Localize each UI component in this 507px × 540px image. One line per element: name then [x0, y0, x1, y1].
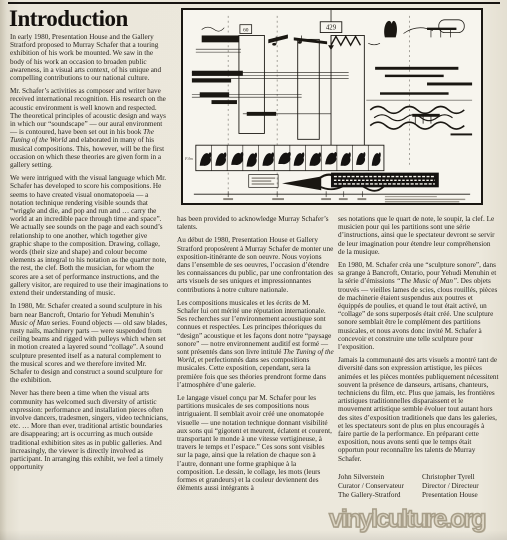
- paragraph-en-3: We were intrigued with the visual langua…: [10, 174, 169, 297]
- signature-block: John Silverstein Curator / Conservateur …: [338, 473, 499, 501]
- watermark: vinylculture.org: [329, 505, 485, 534]
- left-systems: [192, 71, 349, 116]
- paragraph-en-1: In early 1980, Presentation House and th…: [10, 33, 169, 82]
- signature-role: Curator / Conservateur: [338, 482, 422, 491]
- region-boxes: [239, 35, 364, 149]
- paragraph-en-4: In 1980, Mr. Schafer created a sound scu…: [10, 302, 169, 384]
- top-rule: [8, 2, 500, 4]
- paragraph-fr-4: ses notations que le quart de note, le s…: [338, 215, 499, 256]
- signature-org: Presentation House: [422, 491, 499, 500]
- page-title: Introduction: [9, 6, 128, 32]
- signature-curator: John Silverstein Curator / Conservateur …: [338, 473, 422, 501]
- paragraph-fr-6: Jamais la communauté des arts visuels a …: [338, 356, 499, 463]
- film-strip: Film: [184, 145, 384, 170]
- marker-number: 429: [326, 25, 337, 32]
- paragraph-fr-1: Au début de 1980, Presentation House et …: [177, 236, 334, 293]
- column-right: ses notations que le quart de note, le s…: [338, 215, 499, 501]
- score-drawing: 429 60: [183, 10, 481, 203]
- signature-name: John Silverstein: [338, 473, 422, 482]
- column-english: In early 1980, Presentation House and th…: [10, 33, 169, 476]
- graphic-score-figure: 429 60: [181, 8, 483, 205]
- film-label: Film: [184, 156, 193, 161]
- timeline: [194, 191, 470, 202]
- signature-role: Director / Directeur: [422, 482, 499, 491]
- signature-org: The Gallery-Stratford: [338, 491, 422, 500]
- column-middle: has been provided to acknowledge Murray …: [177, 215, 334, 498]
- catalog-page: Introduction 429 60: [0, 0, 507, 540]
- paragraph-fr-5: En 1980, M. Schafer créa une “sculpture …: [338, 261, 499, 351]
- signature-director: Christopher Tyrell Director / Directeur …: [422, 473, 499, 501]
- paragraph-en-continuation: has been provided to acknowledge Murray …: [177, 215, 334, 231]
- marker-number-small: 60: [243, 28, 249, 34]
- paragraph-en-5: Never has there been a time when the vis…: [10, 389, 169, 471]
- paragraph-en-2: Mr. Schafer’s activities as composer and…: [10, 87, 169, 169]
- paragraph-fr-2: Les compositions musicales et les écrits…: [177, 299, 334, 389]
- signature-name: Christopher Tyrell: [422, 473, 499, 482]
- paragraph-fr-3: Le langage visuel conçu par M. Schafer p…: [177, 394, 334, 492]
- right-systems: [366, 67, 472, 136]
